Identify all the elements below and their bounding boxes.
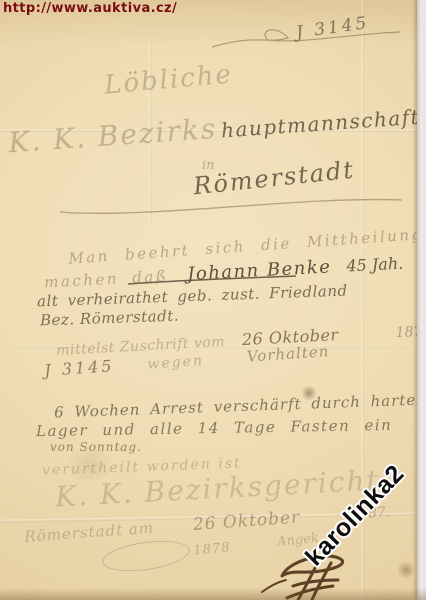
salutation-place: Römerstadt bbox=[192, 156, 356, 201]
salutation-in: in bbox=[202, 158, 215, 173]
body-line-3: alt verheirathet geb. zust. Friedland bbox=[37, 282, 348, 311]
body-line-1: Man beehrt sich die Mittheilung zu bbox=[68, 222, 426, 267]
paper-bottom-edge-shadow bbox=[0, 588, 426, 600]
body-line-5-date: 26 Oktober bbox=[241, 325, 339, 349]
scanned-letter-photo: J 3145 Löbliche K. K. Bezirkshauptmannsc… bbox=[0, 0, 426, 600]
vertical-fold-crease bbox=[148, 42, 152, 222]
ink-stain bbox=[300, 386, 318, 400]
closing-place: Römerstadt am bbox=[24, 519, 155, 546]
body-line-8: Lager und alle 14 Tage Fasten ein bbox=[36, 416, 393, 440]
scan-right-edge bbox=[417, 0, 426, 600]
body-line-2-pre: machen daß bbox=[44, 267, 169, 291]
body-line-7: 6 Wochen Arrest verschärft durch hartes bbox=[54, 391, 425, 422]
body-line-2-age: 45 Jah. bbox=[346, 254, 404, 276]
faint-oval-stamp bbox=[100, 536, 191, 576]
body-line-2: machen daß Johann Benke 45 Jah. bbox=[44, 253, 404, 293]
body-line-6: J 3145 wegen Vorhalten bbox=[44, 341, 330, 380]
ink-stain bbox=[398, 560, 414, 580]
body-line-10: verurtheilt worden ist bbox=[42, 456, 242, 479]
paper-stain bbox=[60, 450, 120, 480]
body-line-6-number: J 3145 bbox=[44, 356, 115, 380]
address-underline-flourish bbox=[60, 200, 402, 214]
body-line-5: mittelst Zuschrift vom 26 Oktober 1876 bbox=[56, 320, 426, 359]
salutation-office-dark: hauptmannschaft bbox=[220, 105, 421, 143]
body-line-4: Bez. Römerstadt. bbox=[40, 307, 180, 330]
watermark-text: karolinka2 bbox=[300, 459, 410, 572]
salutation-loebliche: Löbliche bbox=[103, 59, 234, 100]
name-underline bbox=[128, 276, 296, 284]
source-url-text: http://www.auktiva.cz/ bbox=[3, 1, 177, 16]
horizontal-fold-crease bbox=[0, 345, 426, 348]
body-line-5-pre: mittelst Zuschrift vom bbox=[56, 334, 225, 359]
body-line-6-mid: wegen bbox=[147, 353, 205, 373]
salutation-office-line: K. K. Bezirkshauptmannschaft bbox=[7, 98, 421, 160]
body-line-6-rest: Vorhalten bbox=[246, 342, 330, 366]
closing-office: K. K. Bezirksgericht bbox=[54, 464, 380, 514]
body-line-9: von Sonntag. bbox=[50, 440, 142, 454]
closing-date: 26 Oktober bbox=[192, 508, 301, 535]
closing-note-year: 1878 bbox=[193, 540, 231, 559]
salutation-office-faint: K. K. Bezirks bbox=[7, 112, 218, 159]
horizontal-fold-crease bbox=[0, 129, 426, 132]
body-line-2-name: Johann Benke bbox=[187, 256, 332, 285]
